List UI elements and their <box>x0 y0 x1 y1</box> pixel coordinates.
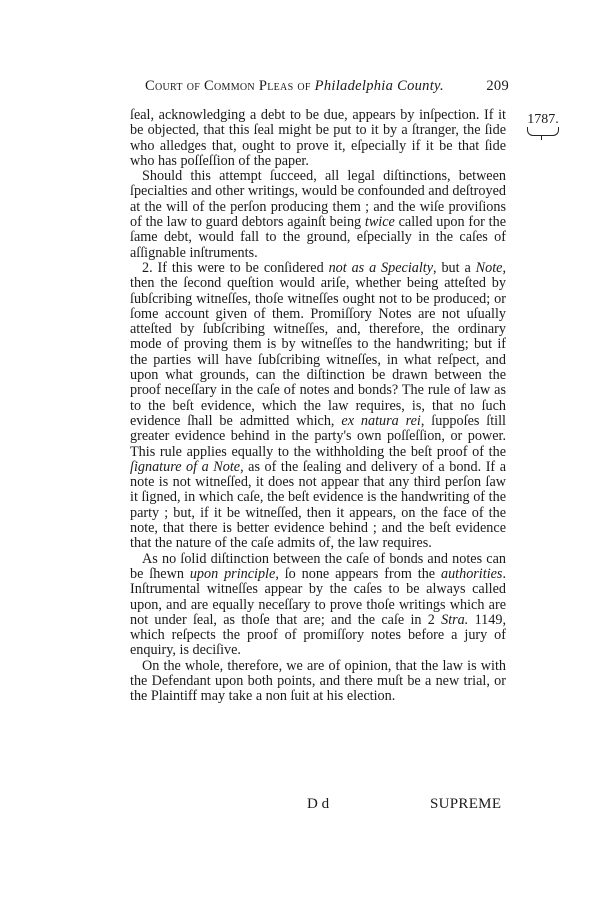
italic-text: Note <box>476 260 503 276</box>
paragraph: 2. If this were to be conſidered not as … <box>130 261 506 552</box>
running-title-court: Court of Common Pleas of <box>145 78 315 94</box>
text-segment: 2. If this were to be conſidered <box>142 260 329 276</box>
text-segment: On the whole, therefore, we are of opini… <box>130 658 506 705</box>
year-label: 1787. <box>527 112 559 127</box>
text-segment: , then the ſecond queſtion would ariſe, … <box>130 260 506 429</box>
text-segment: , but a <box>433 260 476 276</box>
paragraph: Should this attempt ſucceed, all legal d… <box>130 169 506 261</box>
body-text: ſeal, acknowledging a debt to be due, ap… <box>130 108 506 705</box>
italic-text: ſignature of a Note <box>130 459 240 475</box>
italic-text: Stra. <box>441 612 468 628</box>
paragraph: On the whole, therefore, we are of opini… <box>130 659 506 705</box>
page-number: 209 <box>486 78 509 95</box>
paragraph: ſeal, acknowledging a debt to be due, ap… <box>130 108 506 169</box>
running-title: Court of Common Pleas of Philadelphia Co… <box>145 78 444 95</box>
running-title-county: Philadelphia County. <box>315 78 444 94</box>
running-header: Court of Common Pleas of Philadelphia Co… <box>145 78 501 98</box>
paragraph: As no ſolid diſtinction between the caſe… <box>130 552 506 659</box>
margin-note-year: 1787. <box>527 112 559 136</box>
italic-text: not as a Specialty <box>329 260 433 276</box>
text-segment: , ſo none appears from the <box>275 566 441 582</box>
page-footer: D d SUPREME <box>0 796 600 816</box>
catchword: SUPREME <box>430 796 501 813</box>
brace-ornament <box>527 127 559 136</box>
signature-mark: D d <box>307 796 329 813</box>
italic-text: twice <box>365 214 395 230</box>
italic-text: upon principle <box>190 566 275 582</box>
italic-text: ex natura rei <box>341 413 420 429</box>
text-segment: ſeal, acknowledging a debt to be due, ap… <box>130 107 506 169</box>
italic-text: authorities <box>441 566 502 582</box>
